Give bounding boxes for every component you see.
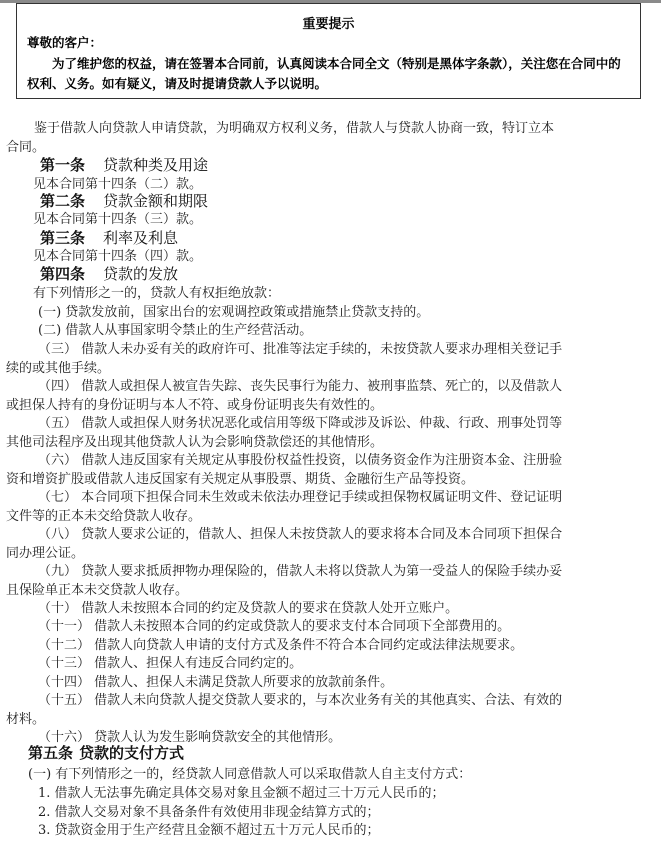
article-4-item: （三） 借款人未办妥有关的政府许可、批准等法定手续的，未按贷款人要求办理相关登记…	[38, 341, 562, 359]
article-5-item: 1. 借款人无法事先确定具体交易对象且金额不超过三十万元人民币的；	[38, 785, 445, 803]
article-4-item: (一) 贷款发放前，国家出台的宏观调控政策或措施禁止贷款支持的。	[38, 304, 429, 322]
article-4-item-cont: 或担保人持有的身份证明与本人不符、或身份证明丧失有效性的。	[6, 397, 383, 415]
article-4-item: （五） 借款人或担保人财务状况恶化或信用等级下降或涉及诉讼、仲裁、行政、刑事处罚…	[38, 415, 562, 433]
article-2-heading: 第二条贷款金额和期限	[40, 191, 208, 211]
article-5-heading: 第五条贷款的支付方式	[28, 743, 184, 763]
notice-greeting: 尊敬的客户：	[27, 33, 102, 51]
article-4-item: （十） 借款人未按照本合同的约定及贷款人的要求在贷款人处开立账户。	[38, 600, 458, 618]
article-number: 第二条	[40, 192, 85, 210]
article-4-item: （十一） 借款人未按照本合同的约定或贷款人的要求支付本合同项下全部费用的。	[38, 618, 510, 636]
article-number: 第四条	[40, 265, 85, 283]
article-4-item: （十三） 借款人、担保人有违反合同约定的。	[38, 655, 302, 673]
article-4-item: （十四） 借款人、担保人未满足贷款人所要求的放款前条件。	[38, 674, 393, 692]
article-4-intro: 有下列情形之一的，贷款人有权拒绝放款：	[33, 285, 280, 303]
article-4-item: （十五） 借款人未向贷款人提交贷款人要求的，与本次业务有关的其他真实、合法、有效…	[38, 692, 562, 710]
article-title: 贷款的支付方式	[79, 744, 184, 762]
article-title: 贷款金额和期限	[103, 192, 208, 210]
article-number: 第一条	[40, 156, 85, 174]
article-4-item-cont: 续的或其他手续。	[6, 360, 110, 378]
article-4-item: （七） 本合同项下担保合同未生效或未依法办理登记手续或担保物权属证明文件、登记证…	[38, 489, 562, 507]
article-4-item: （九） 贷款人要求抵质押物办理保险的，借款人未将以贷款人为第一受益人的保险手续办…	[38, 563, 562, 581]
article-4-item-cont: 材料。	[6, 711, 45, 729]
article-4-item-cont: 文件等的正本未交给贷款人收存。	[6, 508, 201, 526]
article-5-item: 3. 贷款资金用于生产经营且金额不超过五十万元人民币的；	[38, 822, 380, 840]
article-number: 第三条	[40, 229, 85, 247]
preamble-line-1: 鉴于借款人向贷款人申请贷款，为明确双方权利义务，借款人与贷款人协商一致，特订立本	[34, 120, 554, 138]
article-4-item-cont: 其他司法程序及出现其他贷款人认为会影响贷款偿还的其他情形。	[6, 434, 383, 452]
article-4-item: （六） 借款人违反国家有关规定从事股份权益性投资，以债务资金作为注册资本金、注册…	[38, 452, 562, 470]
notice-body: 为了维护您的权益，请在签署本合同前，认真阅读本合同全文（特别是黑体字条款），关注…	[27, 54, 632, 94]
article-4-item: （四） 借款人或担保人被宣告失踪、丧失民事行为能力、被刑事监禁、死亡的，以及借款…	[38, 378, 562, 396]
article-title: 贷款种类及用途	[103, 156, 208, 174]
article-5-subclause: (一) 有下列情形之一的，经贷款人同意借款人可以采取借款人自主支付方式：	[28, 766, 471, 784]
article-4-item: (二) 借款人从事国家明令禁止的生产经营活动。	[38, 322, 312, 340]
notice-title: 重要提示	[17, 13, 640, 32]
article-4-item-cont: 且保险单正本未交贷款人收存。	[6, 582, 188, 600]
article-4-heading: 第四条贷款的发放	[40, 264, 178, 284]
article-title: 利率及利息	[103, 229, 178, 247]
article-4-item: （十二） 借款人向贷款人申请的支付方式及条件不符合本合同约定或法律法规要求。	[38, 637, 523, 655]
article-3-heading: 第三条利率及利息	[40, 228, 178, 248]
article-5-item: 2. 借款人交易对象不具备条件有效使用非现金结算方式的；	[38, 804, 380, 822]
article-4-item-cont: 资和增资扩股或借款人违反国家有关规定从事股票、期货、金融衍生产品等投资。	[6, 471, 474, 489]
article-1-heading: 第一条贷款种类及用途	[40, 155, 208, 175]
article-4-item: （八） 贷款人要求公证的，借款人、担保人未按贷款人的要求将本合同及本合同项下担保…	[38, 526, 562, 544]
important-notice-box: 重要提示 尊敬的客户： 为了维护您的权益，请在签署本合同前，认真阅读本合同全文（…	[16, 3, 641, 99]
article-number: 第五条	[28, 744, 73, 762]
article-2-content: 见本合同第十四条（三）款。	[33, 211, 202, 229]
article-4-item-cont: 同办理公证。	[6, 545, 84, 563]
article-title: 贷款的发放	[103, 265, 178, 283]
